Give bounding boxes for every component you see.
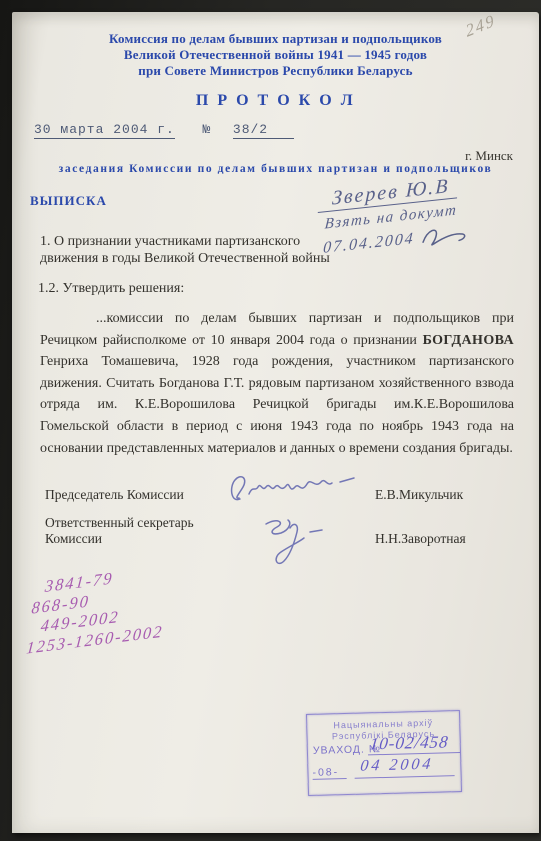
secretary-signature <box>252 510 332 570</box>
handwritten-routing-note: Зверев Ю.В Взять на докумт 07.04.2004 <box>317 166 541 260</box>
decision-text-end: Генриха Томашевича, 1928 года рождения, … <box>40 354 514 455</box>
letterhead-line2: Великой Отечественной войны 1941 — 1945 … <box>12 47 539 63</box>
archive-entry-stamp: Нацыянальны архіў Рэспублікі Беларусь УВ… <box>306 710 462 796</box>
chairman-signature <box>224 467 362 511</box>
number-field: 38/2 <box>233 122 294 139</box>
city-label: г. Минск <box>465 148 513 164</box>
handwritten-date: 07.04.2004 <box>322 229 415 259</box>
letterhead-line3: при Совете Министров Республики Беларусь <box>12 63 539 79</box>
secretary-title-line2: Комиссии <box>45 531 194 547</box>
chairman-title: Председатель Комиссии <box>45 487 184 503</box>
letterhead: Комиссия по делам бывших партизан и подп… <box>12 31 539 79</box>
letterhead-line1: Комиссия по делам бывших партизан и подп… <box>12 31 539 47</box>
stamp-date-value: 04 2004 <box>359 756 434 776</box>
secretary-name: Н.Н.Заворотная <box>375 531 466 547</box>
stamp-date-prefix: -08- <box>312 766 339 779</box>
archive-numbers: 3841-79 868-90 449-2002 1253-1260-2002 <box>18 563 164 657</box>
chairman-name: Е.В.Микульчик <box>375 487 463 503</box>
agenda-item-1-line2: движения в годы Великой Отечественной во… <box>40 251 330 268</box>
date-number-row: 30 марта 2004 г. № 38/2 <box>34 122 294 137</box>
handwritten-initial-flourish <box>417 219 471 250</box>
number-sign: № <box>202 122 211 137</box>
resolution-item-1-2: 1.2. Утвердить решения: <box>38 281 184 297</box>
extract-label: ВЫПИСКА <box>30 193 107 209</box>
decision-surname: БОГДАНОВА <box>423 333 514 348</box>
agenda-item-1: 1. О признании участниками партизанского… <box>40 234 330 267</box>
document-title: П Р О Т О К О Л <box>12 92 539 110</box>
document-page: 249 Комиссия по делам бывших партизан и … <box>12 12 539 833</box>
agenda-item-1-line1: 1. О признании участниками партизанского <box>40 234 330 251</box>
secretary-title-line1: Ответственный секретарь <box>45 515 194 531</box>
secretary-title: Ответственный секретарь Комиссии <box>45 515 194 546</box>
decision-paragraph: ...комиссии по делам бывших партизан и п… <box>40 308 514 459</box>
stamp-entry-number: 10-02/458 <box>369 732 450 754</box>
meeting-subtitle: заседания Комиссии по делам бывших парти… <box>12 163 539 175</box>
date-field: 30 марта 2004 г. <box>34 122 175 139</box>
